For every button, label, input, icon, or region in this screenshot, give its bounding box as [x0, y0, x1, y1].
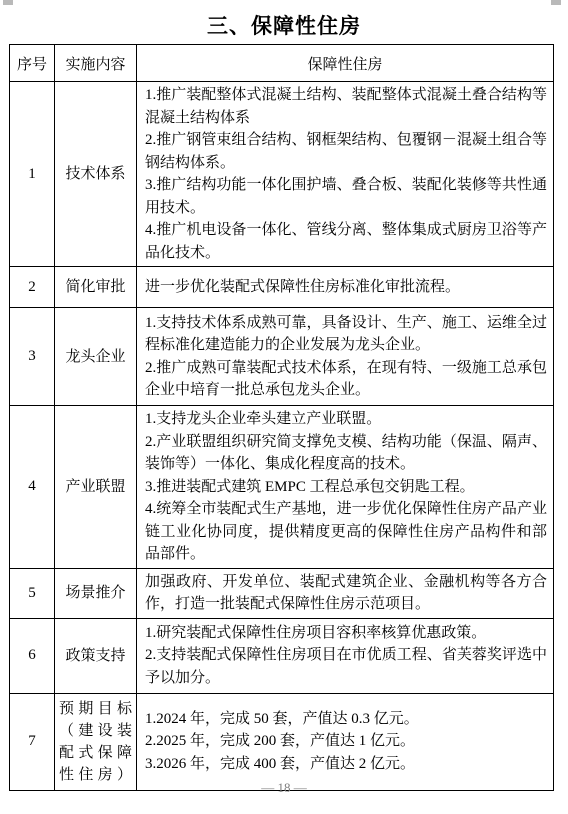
content-item: 2.推广成熟可靠装配式技术体系，在现有特、一级施工总承包企业中培育一批总承包龙头… [145, 357, 547, 402]
row-number: 6 [10, 618, 55, 693]
row-category: 场景推介 [55, 568, 137, 618]
table-row: 7 预期目标（建设装配式保障性住房） 1.2024 年，完成 50 套，产值达 … [10, 693, 554, 790]
row-category: 产业联盟 [55, 406, 137, 569]
table-row: 3 龙头企业 1.支持技术体系成熟可靠，具备设计、生产、施工、运维全过程标准化建… [10, 308, 554, 406]
row-content: 加强政府、开发单位、装配式建筑企业、金融机构等各方合作，打造一批装配式保障性住房… [137, 568, 554, 618]
content-item: 3.2026 年，完成 400 套，产值达 2 亿元。 [145, 753, 547, 776]
row-content: 1.2024 年，完成 50 套，产值达 0.3 亿元。 2.2025 年，完成… [137, 693, 554, 790]
header-affordable-housing: 保障性住房 [137, 45, 554, 82]
affordable-housing-table: 序号 实施内容 保障性住房 1 技术体系 1.推广装配整体式混凝土结构、装配整体… [9, 44, 554, 791]
row-number: 5 [10, 568, 55, 618]
content-item: 1.支持技术体系成熟可靠，具备设计、生产、施工、运维全过程标准化建造能力的企业发… [145, 312, 547, 357]
row-number: 2 [10, 267, 55, 308]
row-number: 1 [10, 82, 55, 267]
content-item: 1.2024 年，完成 50 套，产值达 0.3 亿元。 [145, 708, 547, 731]
row-content: 1.支持龙头企业牵头建立产业联盟。 2.产业联盟组织研究简支撑免支模、结构功能（… [137, 406, 554, 569]
content-item: 2.支持装配式保障性住房项目在市优质工程、省芙蓉奖评选中予以加分。 [145, 644, 547, 689]
table-row: 4 产业联盟 1.支持龙头企业牵头建立产业联盟。 2.产业联盟组织研究简支撑免支… [10, 406, 554, 569]
page-corner-fragment-left [3, 0, 13, 5]
content-item: 加强政府、开发单位、装配式建筑企业、金融机构等各方合作，打造一批装配式保障性住房… [145, 571, 547, 616]
table-row: 2 简化审批 进一步优化装配式保障性住房标准化审批流程。 [10, 267, 554, 308]
header-implementation-content: 实施内容 [55, 45, 137, 82]
table-header-row: 序号 实施内容 保障性住房 [10, 45, 554, 82]
table-row: 5 场景推介 加强政府、开发单位、装配式建筑企业、金融机构等各方合作，打造一批装… [10, 568, 554, 618]
page-number: — 18 — [0, 780, 568, 796]
page-title: 三、保障性住房 [0, 0, 568, 40]
row-category: 龙头企业 [55, 308, 137, 406]
row-category: 政策支持 [55, 618, 137, 693]
content-item: 1.推广装配整体式混凝土结构、装配整体式混凝土叠合结构等混凝土结构体系 [145, 84, 547, 129]
content-item: 4.推广机电设备一体化、管线分离、整体集成式厨房卫浴等产品化技术。 [145, 219, 547, 264]
row-content: 1.支持技术体系成熟可靠，具备设计、生产、施工、运维全过程标准化建造能力的企业发… [137, 308, 554, 406]
content-item: 进一步优化装配式保障性住房标准化审批流程。 [145, 276, 547, 299]
content-item: 2.推广钢管束组合结构、钢框架结构、包覆钢－混凝土组合等钢结构体系。 [145, 129, 547, 174]
row-number: 3 [10, 308, 55, 406]
content-item: 2.2025 年，完成 200 套，产值达 1 亿元。 [145, 730, 547, 753]
row-content: 1.推广装配整体式混凝土结构、装配整体式混凝土叠合结构等混凝土结构体系 2.推广… [137, 82, 554, 267]
page-corner-fragment-right [551, 0, 561, 5]
row-category: 预期目标（建设装配式保障性住房） [55, 693, 137, 790]
content-item: 2.产业联盟组织研究简支撑免支模、结构功能（保温、隔声、装饰等）一体化、集成化程… [145, 431, 547, 476]
row-category: 简化审批 [55, 267, 137, 308]
row-content: 进一步优化装配式保障性住房标准化审批流程。 [137, 267, 554, 308]
table-row: 1 技术体系 1.推广装配整体式混凝土结构、装配整体式混凝土叠合结构等混凝土结构… [10, 82, 554, 267]
row-number: 4 [10, 406, 55, 569]
row-category: 技术体系 [55, 82, 137, 267]
header-serial-number: 序号 [10, 45, 55, 82]
content-item: 3.推进装配式建筑 EMPC 工程总承包交钥匙工程。 [145, 476, 547, 499]
content-item: 1.支持龙头企业牵头建立产业联盟。 [145, 408, 547, 431]
row-number: 7 [10, 693, 55, 790]
content-item: 4.统筹全市装配式生产基地，进一步优化保障性住房产品产业链工业化协同度，提供精度… [145, 498, 547, 566]
content-item: 1.研究装配式保障性住房项目容积率核算优惠政策。 [145, 622, 547, 645]
content-item: 3.推广结构功能一体化围护墙、叠合板、装配化装修等共性通用技术。 [145, 174, 547, 219]
row-content: 1.研究装配式保障性住房项目容积率核算优惠政策。 2.支持装配式保障性住房项目在… [137, 618, 554, 693]
table-row: 6 政策支持 1.研究装配式保障性住房项目容积率核算优惠政策。 2.支持装配式保… [10, 618, 554, 693]
